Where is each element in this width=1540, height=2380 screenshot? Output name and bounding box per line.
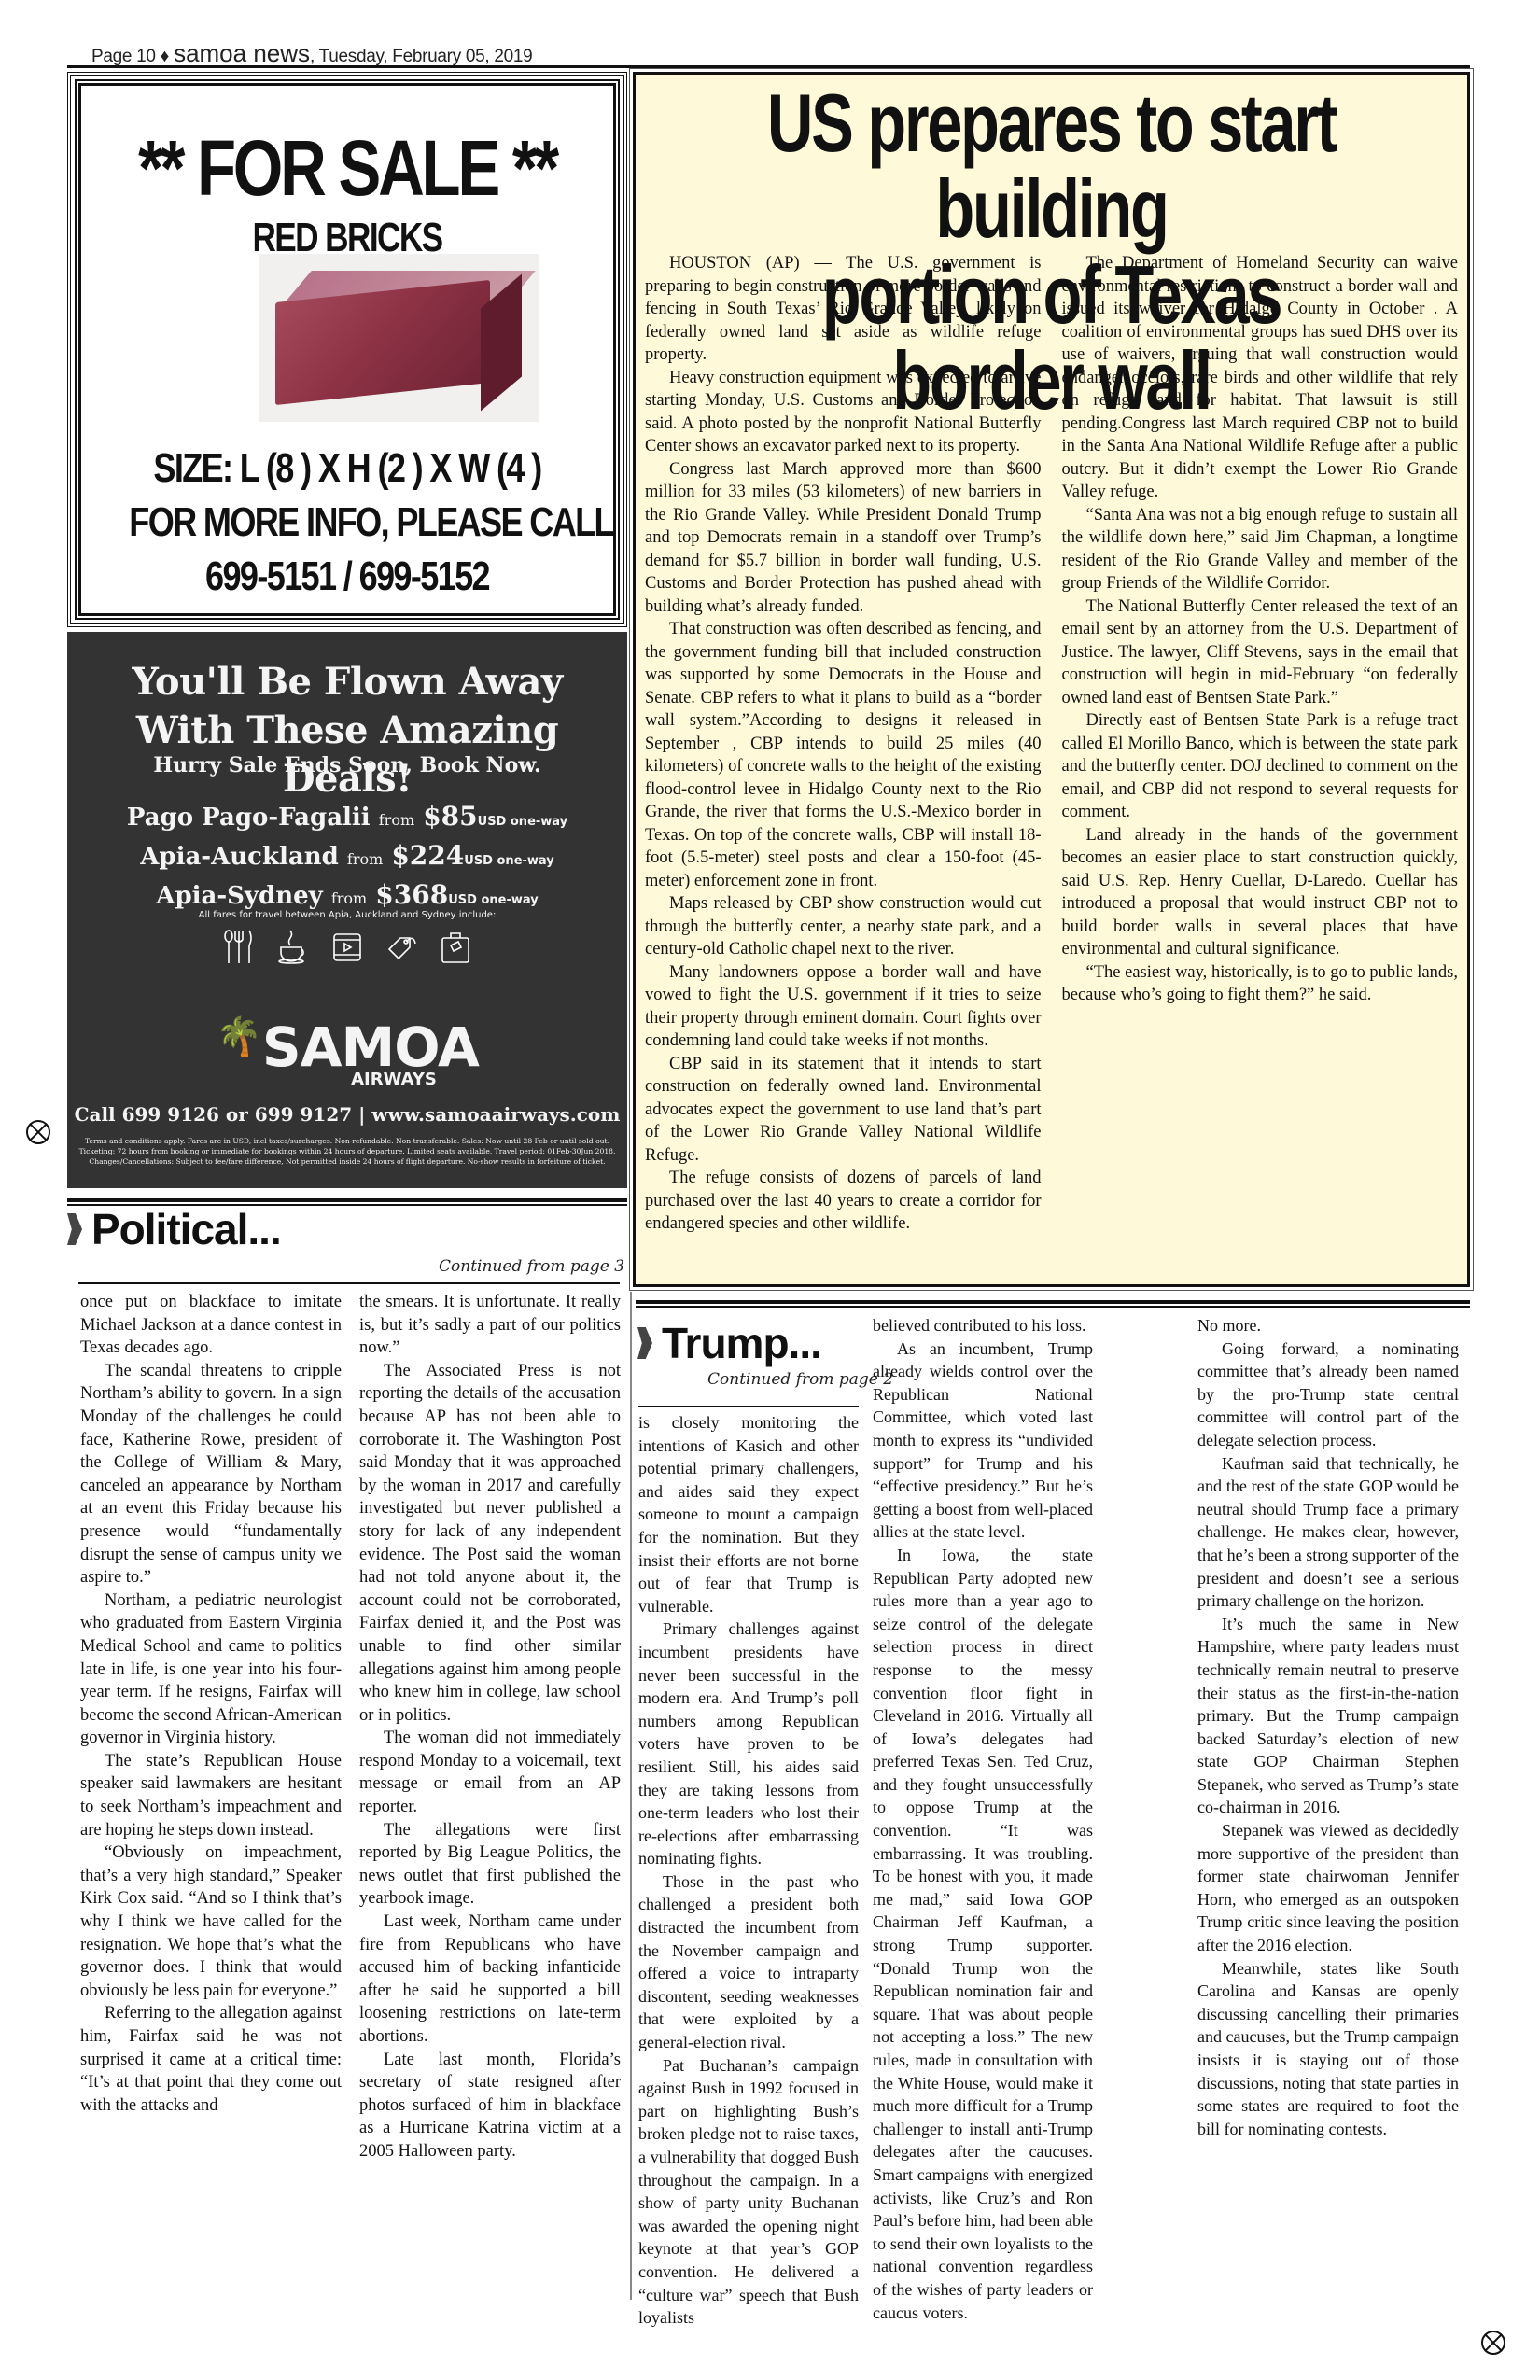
amenity-icons [67,929,627,964]
trump-paragraph: Pat Buchanan’s campaign against Bush in … [638,2054,859,2330]
article-paragraph: Directly east of Bentsen State Park is a… [1062,709,1459,824]
fare-item: Apia-Auckland from $224USD one-way [67,839,627,878]
article-paragraph: The National Butterfly Center released t… [1062,595,1459,710]
fare-from: from [347,850,383,868]
trump-heading: Trump... [637,1318,821,1368]
article-paragraph: “The easiest way, historically, is to go… [1062,961,1459,1007]
article-paragraph: That construction was often described as… [645,618,1042,892]
political-paragraph: The Associated Press is not reporting th… [359,1360,621,1728]
political-paragraph: Northam, a pediatric neurologist who gra… [80,1589,342,1750]
fare-inclusions-text: All fares for travel between Apia, Auckl… [67,910,627,920]
trump-heading-text: Trump... [662,1318,821,1368]
trump-paragraph: It’s much the same in New Hampshire, whe… [1197,1613,1459,1819]
political-paragraph: The allegations were first reported by B… [359,1819,621,1911]
ad-contact: Call 699 9126 or 699 9127 | www.samoaair… [67,1103,627,1126]
registration-mark-icon [26,1120,50,1144]
fare-unit: USD one-way [448,893,539,907]
fare-price: $224 [391,840,464,871]
article-paragraph: The refuge consists of dozens of parcels… [645,1167,1042,1236]
trump-top-rule [636,1300,1470,1308]
border-wall-article: US prepares to start building portion of… [633,72,1470,1287]
trump-paragraph: Stepanek was viewed as decidedly more su… [1197,1819,1459,1957]
luggage-icon [440,929,471,964]
trump-rule [638,1406,859,1407]
page-folio: Page 10 ♦ samoa news, Tuesday, February … [91,39,532,68]
fare-list: Pago Pago-Fagalii from $85USD one-way Ap… [67,800,627,917]
trump-paragraph: As an incumbent, Trump already wields co… [873,1337,1093,1544]
fare-route: Pago Pago-Fagalii [127,804,371,832]
trump-paragraph: Those in the past who challenged a presi… [638,1870,859,2054]
trump-paragraph: Primary challenges against incumbent pre… [638,1617,859,1870]
political-rule [78,1282,620,1284]
fare-unit: USD one-way [464,854,554,868]
for-sale-size: SIZE: L (8 ) X H (2 ) X W (4 ) [129,445,565,492]
fare-from: from [379,811,414,829]
article-paragraph: HOUSTON (AP) — The U.S. government is pr… [645,252,1042,367]
trump-paragraph: believed contributed to his loss. [873,1314,1093,1337]
red-brick-image [259,254,539,422]
fare-price: $368 [375,879,448,910]
political-heading: Political... [67,1204,281,1254]
political-paragraph: once put on blackface to imitate Michael… [80,1291,342,1360]
article-paragraph: The Department of Homeland Security can … [1062,252,1459,504]
political-paragraph: The scandal threatens to cripple Northam… [80,1360,342,1589]
samoa-airways-logo: 🌴SAMOA AIRWAYS [67,1015,627,1089]
newspaper-brand: samoa news [174,39,310,67]
political-column-2: the smears. It is unfortunate. It really… [359,1291,621,2163]
political-paragraph: Late last month, Florida’s secretary of … [359,2049,621,2163]
trump-paragraph: Kaufman said that technically, he and th… [1197,1452,1459,1613]
headline-line-1: US prepares to start building [732,80,1372,252]
political-paragraph: the smears. It is unfortunate. It really… [359,1291,621,1360]
trump-paragraph: is closely monitoring the intentions of … [638,1411,859,1617]
entertainment-icon [331,929,363,964]
diamond-separator-icon: ♦ [161,47,169,66]
coffee-icon [277,929,309,964]
article-paragraph: Heavy construction equipment was expecte… [645,367,1042,458]
for-sale-phones: 699-5151 / 699-5152 [129,553,565,600]
political-paragraph: The state’s Republican House speaker sai… [80,1750,342,1841]
political-heading-text: Political... [91,1204,281,1254]
brick-front-face [275,280,490,405]
political-column-1: once put on blackface to imitate Michael… [80,1291,342,2117]
for-sale-ad-frame: ** FOR SALE ** RED BRICKS SIZE: L (8 ) X… [78,83,616,616]
political-continued: Continued from page 3 [439,1257,624,1276]
article-paragraph: CBP said in its statement that it intend… [645,1053,1042,1168]
fare-route: Apia-Sydney [156,882,322,910]
article-body: HOUSTON (AP) — The U.S. government is pr… [645,252,1458,1279]
trump-paragraph: Meanwhile, states like South Carolina an… [1197,1957,1459,2141]
ad-hurry-text: Hurry Sale Ends Soon, Book Now. [67,753,627,777]
ad-terms: Terms and conditions apply. Fares are in… [78,1136,616,1167]
trump-paragraph: No more. [1197,1314,1459,1337]
for-sale-title: ** FOR SALE ** [129,123,565,214]
ad-headline: You'll Be Flown Away With These Amazing … [67,658,627,804]
issue-date: , Tuesday, February 05, 2019 [310,47,532,66]
baggage-tag-icon [385,929,417,964]
fare-item: Pago Pago-Fagalii from $85USD one-way [67,800,627,839]
trump-paragraph: Going forward, a nominating committee th… [1197,1337,1459,1452]
section-arrow-icon [67,1213,82,1245]
samoa-airways-ad: You'll Be Flown Away With These Amazing … [67,632,627,1188]
folio-rule [67,65,1470,68]
registration-mark-icon [1481,2331,1505,2355]
trump-continued: Continued from page 2 [707,1370,893,1389]
meal-icon [223,929,255,964]
palm-tree-icon: 🌴 [216,1015,262,1058]
political-paragraph: Referring to the allegation against him,… [80,2002,342,2117]
article-paragraph: Many landowners oppose a border wall and… [645,961,1042,1053]
page-number: Page 10 [91,47,156,66]
article-paragraph: “Santa Ana was not a big enough refuge t… [1062,504,1459,595]
article-paragraph: Land already in the hands of the governm… [1062,824,1459,961]
for-sale-ad: ** FOR SALE ** RED BRICKS SIZE: L (8 ) X… [67,72,627,627]
column-divider [630,1292,632,2300]
article-paragraph: Maps released by CBP show construction w… [645,892,1042,961]
section-arrow-icon [637,1327,652,1359]
fare-price: $85 [423,801,477,832]
fare-route: Apia-Auckland [140,843,339,871]
trump-column-1: is closely monitoring the intentions of … [638,1411,859,2330]
article-paragraph: Congress last March approved more than $… [645,458,1042,619]
political-paragraph: Last week, Northam came under fire from … [359,1911,621,2049]
trump-column-2: believed contributed to his loss. As an … [873,1314,1093,2324]
for-sale-info: FOR MORE INFO, PLEASE CALL [129,499,565,546]
fare-unit: USD one-way [478,815,568,829]
trump-column-3: No more. Going forward, a nominating com… [1197,1314,1459,2140]
political-paragraph: The woman did not immediately respond Mo… [359,1727,621,1818]
political-paragraph: “Obviously on impeachment, that’s a very… [80,1841,342,2002]
ad-headline-line-1: You'll Be Flown Away [67,658,627,707]
trump-paragraph: In Iowa, the state Republican Party adop… [873,1544,1093,2324]
fare-from: from [331,889,367,907]
